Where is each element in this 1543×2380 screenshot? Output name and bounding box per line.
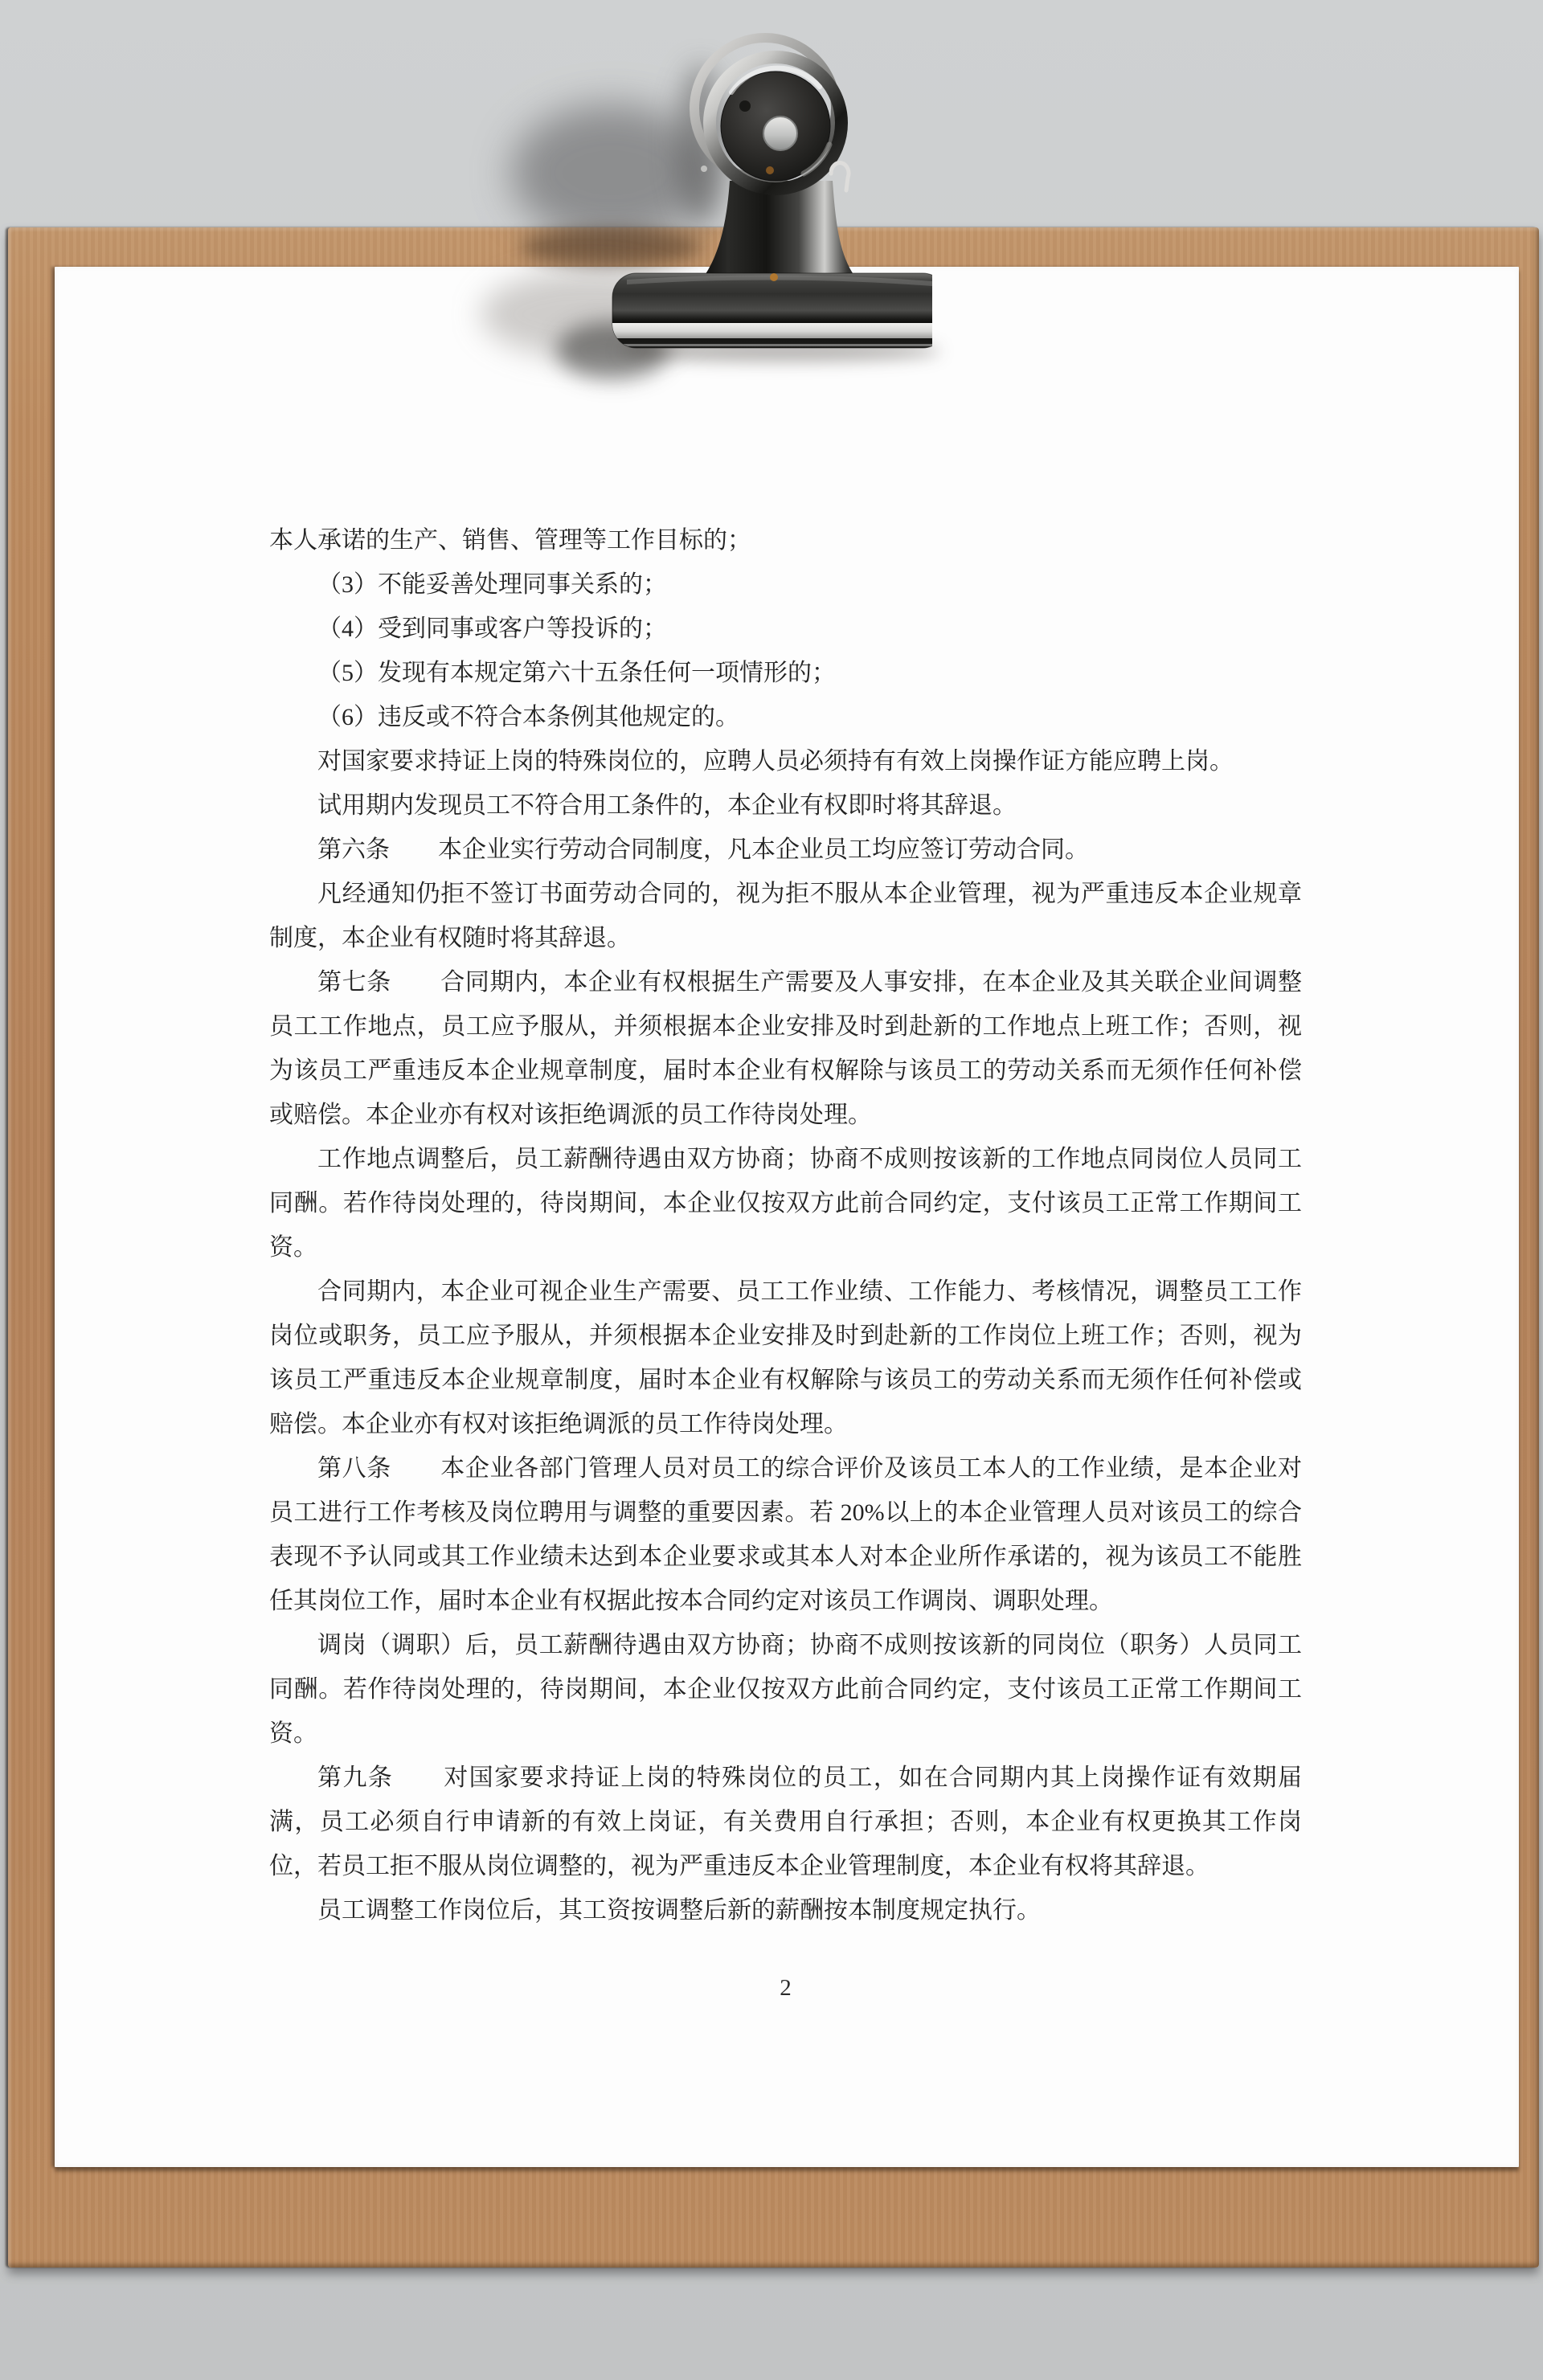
document-paragraph: 本人承诺的生产、销售、管理等工作目标的； [269, 518, 1302, 562]
document-paragraph: （3）不能妥善处理同事关系的； [269, 562, 1302, 607]
document-paragraph: （5）发现有本规定第六十五条任何一项情形的； [269, 651, 1302, 695]
page-number: 2 [269, 1975, 1302, 2002]
document-text-block: 本人承诺的生产、销售、管理等工作目标的；（3）不能妥善处理同事关系的；（4）受到… [269, 518, 1302, 1932]
clip-face-dot [766, 166, 774, 174]
clip-bar [612, 273, 932, 348]
binder-clip-icon [546, 24, 932, 362]
document-paragraph: 调岗（调职）后，员工薪酬待遇由双方协商；协商不成则按该新的同岗位（职务）人员同工… [269, 1623, 1302, 1756]
document-paragraph: （4）受到同事或客户等投诉的； [269, 607, 1302, 651]
document-paragraph: 凡经通知仍拒不签订书面劳动合同的，视为拒不服从本企业管理，视为严重违反本企业规章… [269, 872, 1302, 960]
document-paragraph: （6）违反或不符合本条例其他规定的。 [269, 695, 1302, 739]
clip-right-hook [831, 163, 849, 190]
clip-center-hole [763, 117, 797, 150]
document-paragraph: 合同期内，本企业可视企业生产需要、员工工作业绩、工作能力、考核情况，调整员工工作… [269, 1270, 1302, 1446]
document-paragraph: 第六条 本企业实行劳动合同制度，凡本企业员工均应签订劳动合同。 [269, 828, 1302, 872]
clip-reflection-dot [770, 273, 778, 281]
document-paragraph: 工作地点调整后，员工薪酬待遇由双方协商；协商不成则按该新的工作地点同岗位人员同工… [269, 1137, 1302, 1270]
document-paragraph: 第八条 本企业各部门管理人员对员工的综合评价及该员工本人的工作业绩，是本企业对员… [269, 1446, 1302, 1623]
document-paragraph: 第七条 合同期内，本企业有权根据生产需要及人事安排，在本企业及其关联企业间调整员… [269, 960, 1302, 1137]
clip-left-hook [701, 166, 707, 172]
clip-neck [699, 181, 860, 283]
clip-face-dimple [739, 100, 751, 112]
document-paragraph: 试用期内发现员工不符合用工条件的，本企业有权即时将其辞退。 [269, 783, 1302, 828]
document-paragraph: 员工调整工作岗位后，其工资按调整后新的薪酬按本制度规定执行。 [269, 1888, 1302, 1932]
document-paragraph: 第九条 对国家要求持证上岗的特殊岗位的员工，如在合同期内其上岗操作证有效期届满，… [269, 1756, 1302, 1888]
document-paragraph: 对国家要求持证上岗的特殊岗位的，应聘人员必须持有有效上岗操作证方能应聘上岗。 [269, 739, 1302, 783]
clipboard-photo-scene: 本人承诺的生产、销售、管理等工作目标的；（3）不能妥善处理同事关系的；（4）受到… [0, 0, 1543, 2380]
